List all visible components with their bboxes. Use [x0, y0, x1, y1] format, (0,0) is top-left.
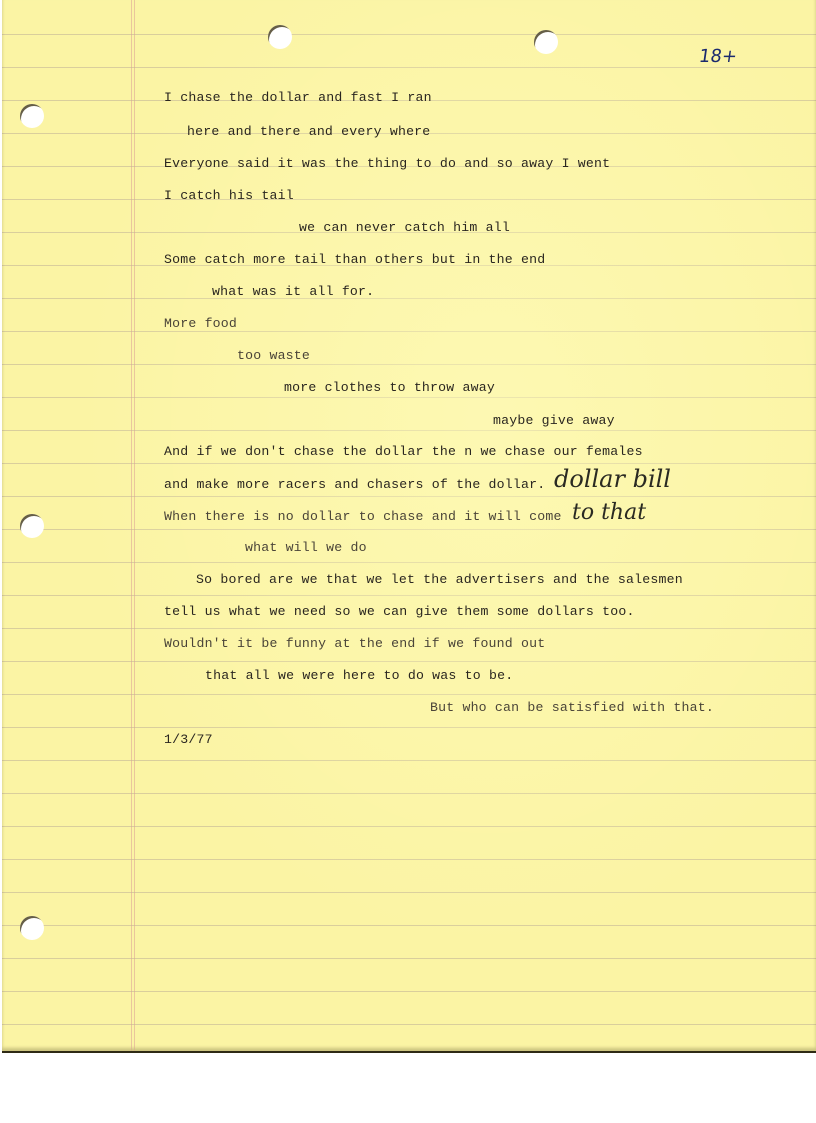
poem-line: more clothes to throw away [284, 380, 495, 396]
legal-pad-page: 18+ I chase the dollar and fast I ran he… [2, 0, 816, 1053]
poem-line: I catch his tail [164, 188, 294, 204]
punch-hole [20, 514, 44, 538]
poem-line: what will we do [245, 540, 367, 556]
poem-line: And if we don't chase the dollar the n w… [164, 444, 643, 460]
poem-line: that all we were here to do was to be. [205, 668, 513, 684]
margin-line [131, 0, 132, 1051]
punch-hole [268, 25, 292, 49]
poem-line: what was it all for. [212, 284, 374, 300]
poem-line: Some catch more tail than others but in … [164, 252, 545, 268]
punch-hole [20, 916, 44, 940]
poem-line: Wouldn't it be funny at the end if we fo… [164, 636, 545, 652]
date-line: 1/3/77 [164, 732, 213, 748]
handwritten-note: to that [572, 500, 646, 525]
poem-line: But who can be satisfied with that. [430, 700, 714, 716]
handwritten-note: dollar bill [554, 465, 671, 493]
poem-line: too waste [237, 348, 310, 364]
handwritten-page-number: 18+ [698, 46, 739, 67]
poem-line: maybe give away [493, 413, 615, 429]
poem-line: I chase the dollar and fast I ran [164, 90, 432, 106]
poem-line: So bored are we that we let the advertis… [196, 572, 683, 588]
poem-line: tell us what we need so we can give them… [164, 604, 635, 620]
poem-line: here and there and every where [187, 124, 430, 140]
poem-line: When there is no dollar to chase and it … [164, 509, 562, 525]
poem-line: we can never catch him all [299, 220, 510, 236]
punch-hole [534, 30, 558, 54]
poem-line: More food [164, 316, 237, 332]
margin-line [134, 0, 135, 1051]
poem-line: Everyone said it was the thing to do and… [164, 156, 610, 172]
punch-hole [20, 104, 44, 128]
poem-line: and make more racers and chasers of the … [164, 477, 545, 493]
